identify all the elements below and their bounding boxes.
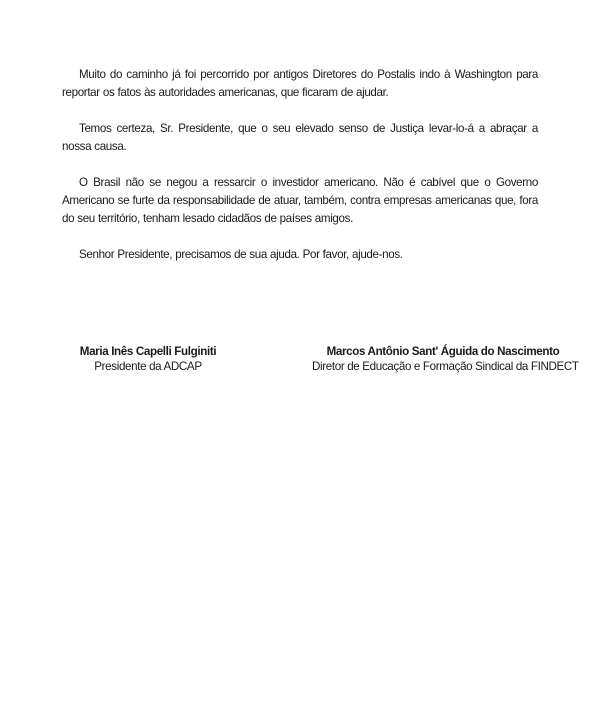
signatory-title: Diretor de Educação e Formação Sindical …: [312, 359, 574, 374]
signature-block-adcap: Maria Inês Capelli Fulginiti Presidente …: [48, 344, 248, 374]
document-page: Muito do caminho já foi percorrido por a…: [0, 0, 599, 721]
paragraph-postalis-history: Muito do caminho já foi percorrido por a…: [62, 66, 538, 102]
paragraph-us-government-responsibility: O Brasil não se negou a ressarcir o inve…: [62, 174, 538, 228]
signature-block-findect: Marcos Antônio Sant' Águida do Nasciment…: [312, 344, 574, 374]
paragraph-sense-of-justice: Temos certeza, Sr. Presidente, que o seu…: [62, 120, 538, 156]
letter-body: Muito do caminho já foi percorrido por a…: [62, 66, 538, 282]
signatory-name: Marcos Antônio Sant' Águida do Nasciment…: [312, 344, 574, 359]
signatory-name: Maria Inês Capelli Fulginiti: [48, 344, 248, 359]
signatory-title: Presidente da ADCAP: [48, 359, 248, 374]
paragraph-plea-for-help: Senhor Presidente, precisamos de sua aju…: [62, 246, 538, 264]
